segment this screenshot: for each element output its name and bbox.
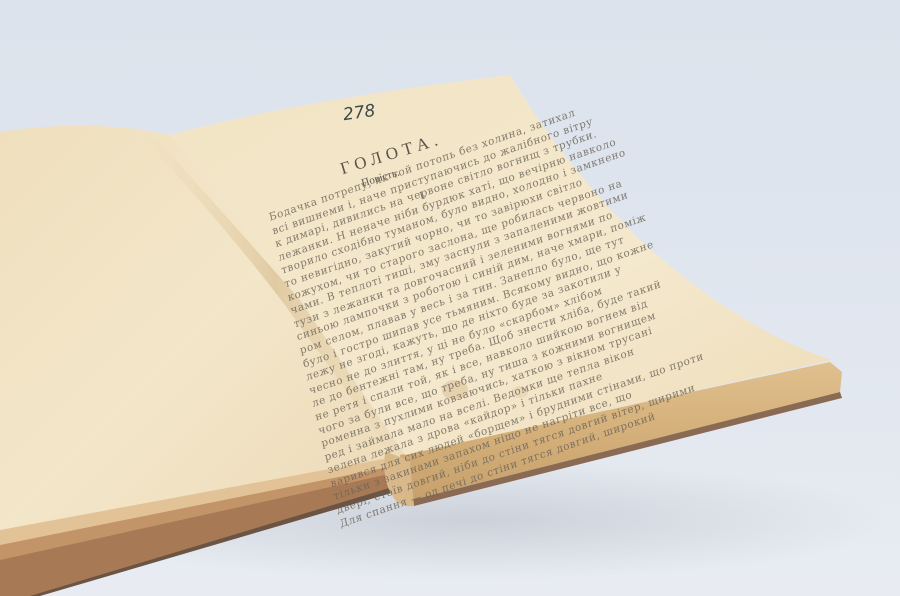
book-photo: 278 ГОЛОТА. Повість. I. Бодачка потрепу,… [0,0,900,596]
